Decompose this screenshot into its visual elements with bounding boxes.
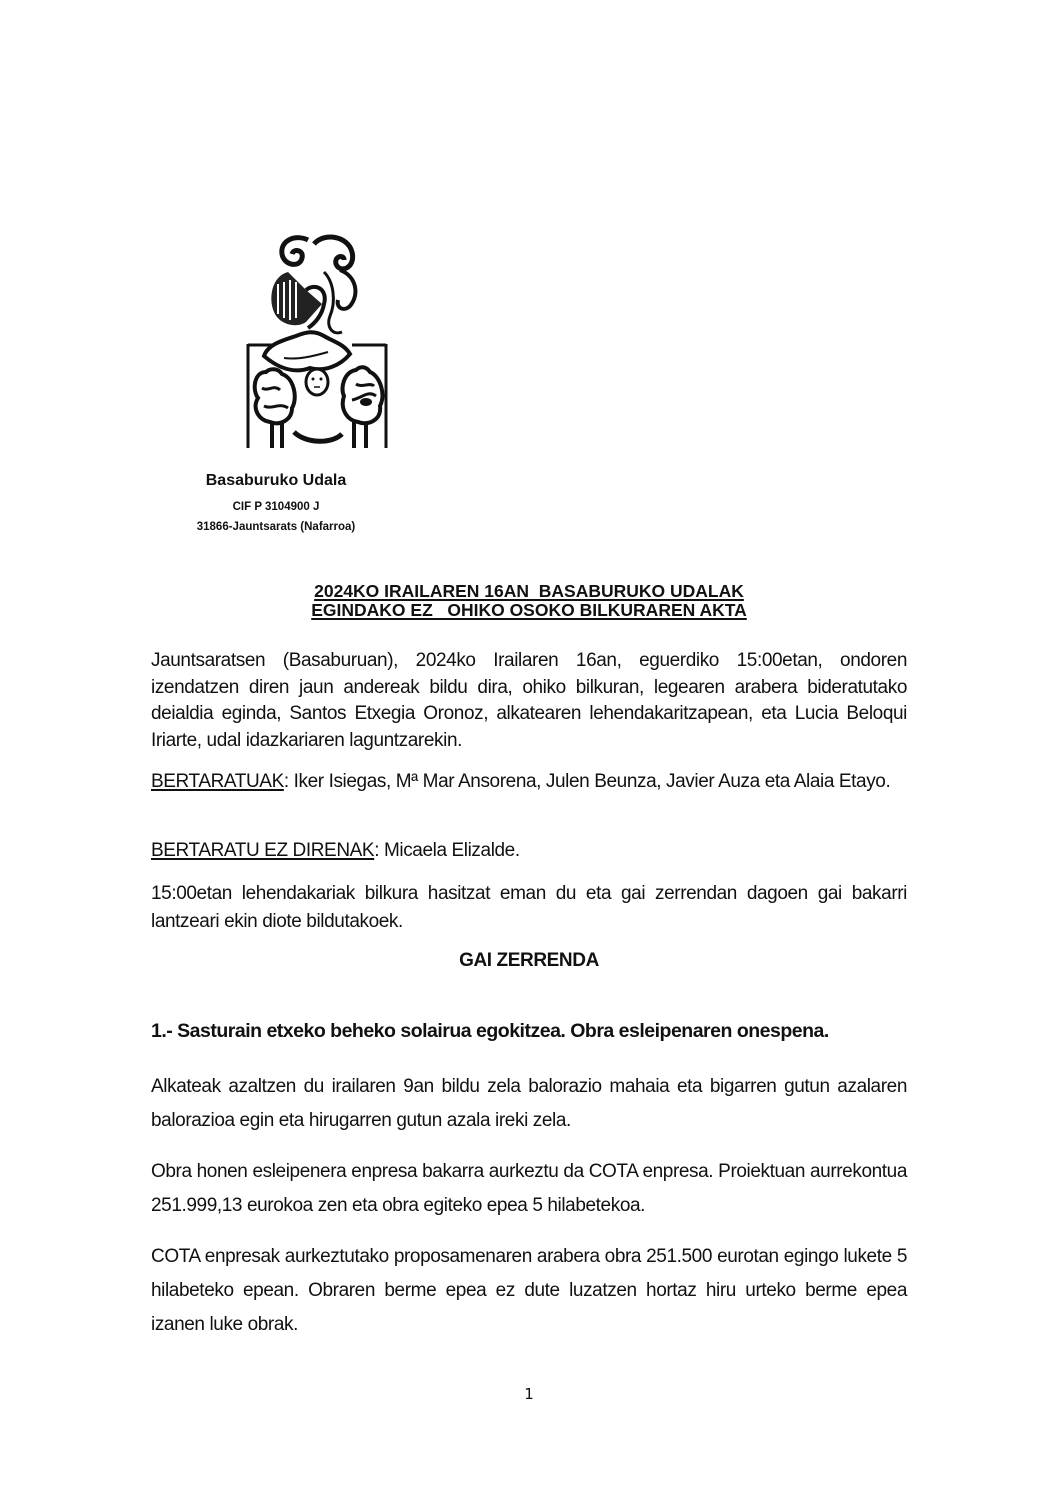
organization-name: Basaburuko Udala — [150, 472, 402, 490]
organization-cif: CIF P 3104900 J — [150, 501, 402, 513]
agenda-paragraph-text: Obra honen esleipenera enpresa bakarra a… — [151, 1155, 907, 1223]
attendees-paragraph: BERTARATUAK: Iker Isiegas, Mª Mar Ansore… — [151, 767, 907, 796]
agenda-paragraph: Alkateak azaltzen du irailaren 9an bildu… — [151, 1070, 907, 1138]
title-line-2: EGINDAKO EZ OHIKO OSOKO BILKURAREN AKTA — [150, 601, 908, 620]
intro-text: Jauntsaratsen (Basaburuan), 2024ko Irail… — [151, 648, 907, 754]
organization-address: 31866-Jauntsarats (Nafarroa) — [150, 521, 402, 533]
absentees-paragraph: BERTARATU EZ DIRENAK: Micaela Elizalde. — [151, 838, 907, 864]
absentees-names: : Micaela Elizalde. — [374, 840, 520, 861]
opening-text: 15:00etan lehendakariak bilkura hasitzat… — [151, 880, 907, 936]
attendees-names: : Iker Isiegas, Mª Mar Ansorena, Julen B… — [284, 771, 890, 792]
agenda-paragraph: Obra honen esleipenera enpresa bakarra a… — [151, 1155, 907, 1223]
document-page: Basaburuko Udala CIF P 3104900 J 31866-J… — [0, 0, 1058, 1497]
agenda-item-title: 1.- Sasturain etxeko beheko solairua ego… — [151, 1020, 907, 1043]
agenda-heading: GAI ZERRENDA — [151, 950, 907, 972]
intro-paragraph: Jauntsaratsen (Basaburuan), 2024ko Irail… — [151, 648, 907, 754]
title-line-1: 2024KO IRAILAREN 16AN BASABURUKO UDALAK — [150, 582, 908, 601]
agenda-paragraph: COTA enpresak aurkeztutako proposamenare… — [151, 1240, 907, 1342]
page-number: 1 — [0, 1385, 1058, 1403]
attendees-label: BERTARATUAK — [151, 771, 284, 792]
document-title: 2024KO IRAILAREN 16AN BASABURUKO UDALAK … — [150, 582, 908, 620]
agenda-paragraph-text: COTA enpresak aurkeztutako proposamenare… — [151, 1240, 907, 1342]
coat-of-arms-icon — [244, 232, 390, 450]
agenda-paragraph-text: Alkateak azaltzen du irailaren 9an bildu… — [151, 1070, 907, 1138]
opening-paragraph: 15:00etan lehendakariak bilkura hasitzat… — [151, 880, 907, 936]
absentees-label: BERTARATU EZ DIRENAK — [151, 840, 374, 861]
